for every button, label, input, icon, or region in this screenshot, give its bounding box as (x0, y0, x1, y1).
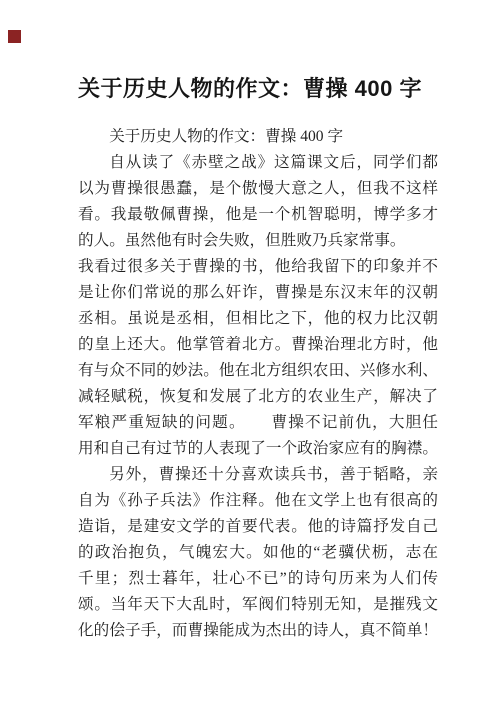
text-line: 有与众不同的妙法。他在北方组织农田、兴修水利、 (78, 358, 438, 384)
text-line: 以为曹操很愚蠢，是个傲慢大意之人，但我不这样 (78, 176, 438, 202)
text-line: 的政治抱负，气魄宏大。如他的“老骥伏枥，志在 (78, 540, 438, 566)
text-line: 用和自己有过节的人表现了一个政治家应有的胸襟。 (78, 436, 438, 462)
text-line: 看。我最敬佩曹操，他是一个机智聪明，博学多才 (78, 202, 438, 228)
text-line: 军粮严重短缺的问题。 曹操不记前仇，大胆任 (78, 410, 438, 436)
text-line: 丞相。虽说是丞相，但相比之下，他的权力比汉朝 (78, 306, 438, 332)
text-line: 自为《孙子兵法》作注释。他在文学上也有很高的 (78, 488, 438, 514)
text-line: 减轻赋税，恢复和发展了北方的农业生产，解决了 (78, 384, 438, 410)
text-line: 颂。当年天下大乱时，军阀们特别无知，是摧残文 (78, 592, 438, 618)
text-line: 的人。虽然他有时会失败，但胜败乃兵家常事。 (78, 228, 438, 254)
text-line: 化的侩子手，而曹操能成为杰出的诗人，真不简单！ (78, 618, 438, 644)
text-line: 是让你们常说的那么奸诈，曹操是东汉末年的汉朝 (78, 280, 438, 306)
text-line: 另外，曹操还十分喜欢读兵书，善于韬略，亲 (78, 462, 438, 488)
text-line: 我看过很多关于曹操的书，他给我留下的印象并不 (78, 254, 438, 280)
text-line: 造诣，是建安文学的首要代表。他的诗篇抒发自己 (78, 514, 438, 540)
text-line: 自从读了《赤壁之战》这篇课文后，同学们都 (78, 150, 438, 176)
text-line: 的皇上还大。他掌管着北方。曹操治理北方时，他 (78, 332, 438, 358)
essay-body: 关于历史人物的作文：曹操 400 字自从读了《赤壁之战》这篇课文后，同学们都以为… (78, 124, 438, 644)
page-title: 关于历史人物的作文：曹操 400 字 (0, 73, 500, 105)
text-line: 关于历史人物的作文：曹操 400 字 (78, 124, 438, 150)
document-page: 关于历史人物的作文：曹操 400 字 关于历史人物的作文：曹操 400 字自从读… (0, 0, 500, 707)
corner-red-mark (8, 30, 21, 43)
text-line: 千里；烈士暮年，壮心不已”的诗句历来为人们传 (78, 566, 438, 592)
